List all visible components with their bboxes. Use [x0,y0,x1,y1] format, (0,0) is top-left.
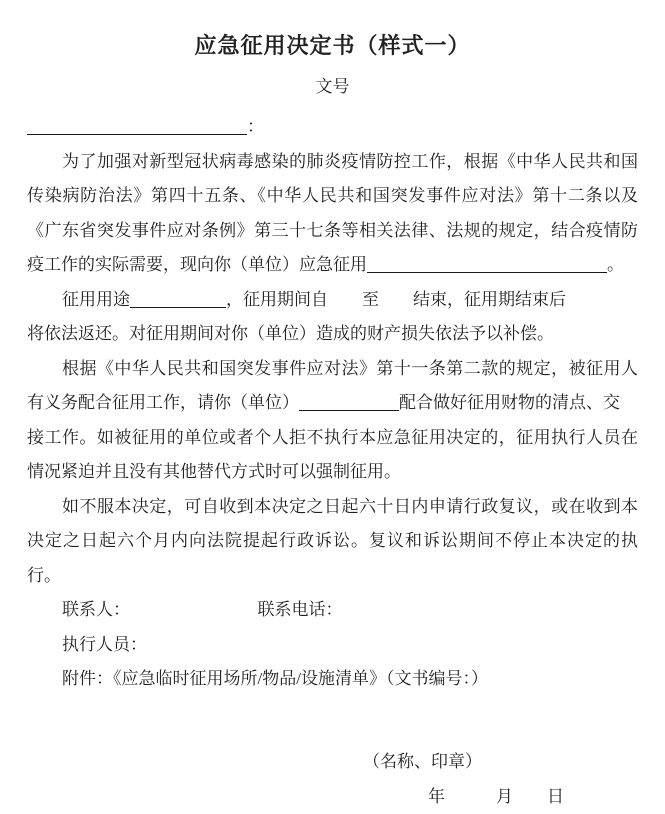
line-text: 接工作。如被征用的单位或者个人拒不执行本应急征用决定的，征用执行人员在 [27,428,638,447]
body-line: 为了加强对新型冠状病毒感染的肺炎疫情防控工作，根据《中华人民共和国 [27,145,638,180]
document-title: 应急征用决定书（样式一） [0,0,665,61]
document-body: ：为了加强对新型冠状病毒感染的肺炎疫情防控工作，根据《中华人民共和国传染病防治法… [27,110,638,697]
line-text: 附件：《应急临时征用场所/物品/设施清单》（文书编号：） [62,669,488,688]
line-text: ： [247,117,264,136]
body-line: 决定之日起六个月内向法院提起行政诉讼。复议和诉讼期间不停止本决定的执 [27,524,638,559]
body-line: 征用用途，征用期间自 至 结束，征用期结束后 [27,283,638,318]
body-line: 疫工作的实际需要，现向你（单位）应急征用。 [27,248,638,283]
body-line: 接工作。如被征用的单位或者个人拒不执行本应急征用决定的，征用执行人员在 [27,421,638,456]
line-text: 将依法返还。对征用期间对你（单位）造成的财产损失依法予以补偿。 [27,324,554,343]
document-page: 应急征用决定书（样式一） 文号 ：为了加强对新型冠状病毒感染的肺炎疫情防控工作，… [0,0,665,814]
body-line: 附件：《应急临时征用场所/物品/设施清单》（文书编号：） [27,662,638,697]
signature-date-line: 年 月 日 [428,779,665,814]
doc-number-label: 文号 [0,76,665,97]
line-text: 如不服本决定，可自收到本决定之日起六十日内申请行政复议，或在收到本 [62,497,638,516]
body-line: 行。 [27,559,638,594]
line-text: 征用用途 [62,290,130,309]
line-text: 为了加强对新型冠状病毒感染的肺炎疫情防控工作，根据《中华人民共和国 [62,152,638,171]
body-line: 根据《中华人民共和国突发事件应对法》第十一条第二款的规定，被征用人 [27,352,638,387]
line-text: 传染病防治法》第四十五条、《中华人民共和国突发事件应对法》第十二条以及 [27,186,638,205]
fill-in-blank [27,117,247,135]
body-line: 如不服本决定，可自收到本决定之日起六十日内申请行政复议，或在收到本 [27,490,638,525]
line-text: 有义务配合征用工作，请你（单位） [27,393,299,412]
fill-in-blank [299,393,399,411]
body-line: 《广东省突发事件应对条例》第三十七条等相关法律、法规的规定，结合疫情防 [27,214,638,249]
line-text: 情况紧迫并且没有其他替代方式时可以强制征用。 [27,462,401,481]
line-text: 配合做好征用财物的清点、交 [399,393,620,412]
body-line: 执行人员： [27,628,638,663]
body-line: 有义务配合征用工作，请你（单位）配合做好征用财物的清点、交 [27,386,638,421]
line-text: 行。 [27,566,61,585]
line-text: 《广东省突发事件应对条例》第三十七条等相关法律、法规的规定，结合疫情防 [27,221,638,240]
line-text: 根据《中华人民共和国突发事件应对法》第十一条第二款的规定，被征用人 [62,359,638,378]
line-text: 执行人员： [62,635,147,654]
body-line: 将依法返还。对征用期间对你（单位）造成的财产损失依法予以补偿。 [27,317,638,352]
body-line: 联系人： 联系电话： [27,593,638,628]
signature-name-seal: （名称、印章） [363,744,665,779]
line-text: ，征用期间自 至 结束，征用期结束后 [226,290,566,309]
fill-in-blank [367,255,607,273]
body-line: 情况紧迫并且没有其他替代方式时可以强制征用。 [27,455,638,490]
line-text: 决定之日起六个月内向法院提起行政诉讼。复议和诉讼期间不停止本决定的执 [27,531,638,550]
line-text: 。 [607,255,624,274]
line-text: 疫工作的实际需要，现向你（单位）应急征用 [27,255,367,274]
body-line: 传染病防治法》第四十五条、《中华人民共和国突发事件应对法》第十二条以及 [27,179,638,214]
fill-in-blank [130,290,226,308]
line-text: 联系人： 联系电话： [62,600,343,619]
body-line: ： [27,110,638,145]
